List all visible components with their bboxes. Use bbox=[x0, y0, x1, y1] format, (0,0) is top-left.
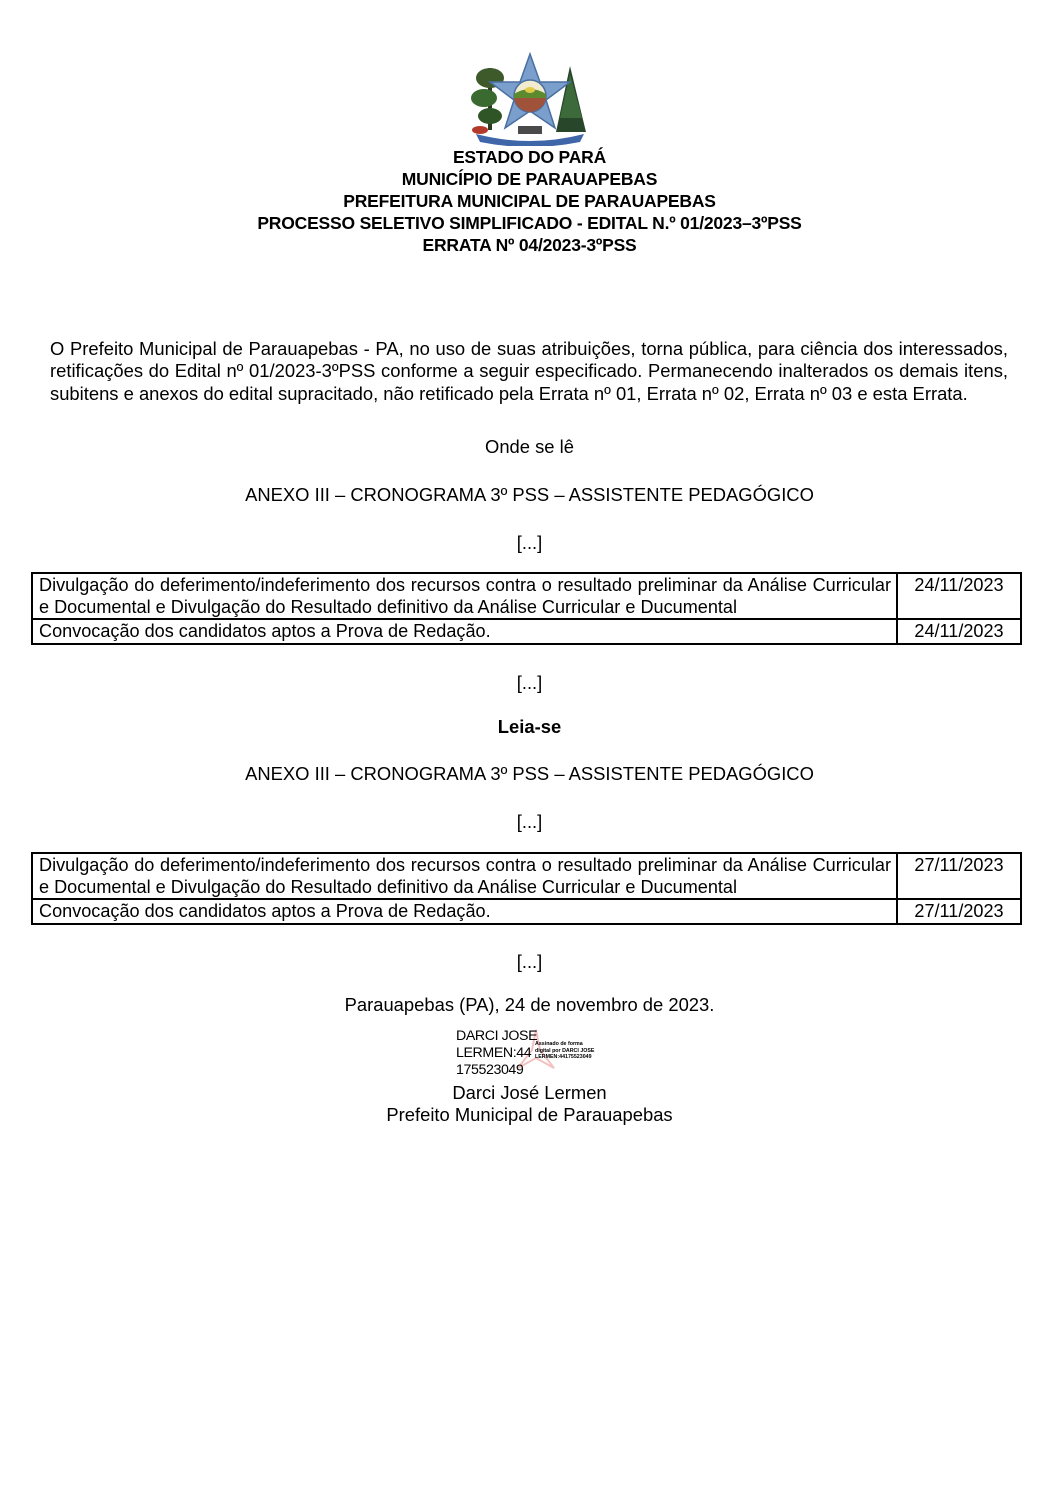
intro-paragraph: O Prefeito Municipal de Parauapebas - PA… bbox=[50, 338, 1008, 405]
ellipsis: [...] bbox=[0, 951, 1059, 973]
ribbon-banner bbox=[476, 134, 584, 146]
section-label-leia-se: Leia-se bbox=[0, 716, 1059, 738]
ellipsis: [...] bbox=[0, 532, 1059, 554]
table-row: Convocação dos candidatos aptos a Prova … bbox=[32, 899, 1021, 924]
annex-title-corrected: ANEXO III – CRONOGRAMA 3º PSS – ASSISTEN… bbox=[0, 763, 1059, 785]
schedule-table-original: Divulgação do deferimento/indeferimento … bbox=[31, 572, 1022, 645]
section-label-onde-se-le: Onde se lê bbox=[0, 436, 1059, 458]
row-description: Convocação dos candidatos aptos a Prova … bbox=[32, 619, 897, 644]
header-errata-number: ERRATA Nº 04/2023-3ºPSS bbox=[0, 235, 1059, 257]
table-row: Convocação dos candidatos aptos a Prova … bbox=[32, 619, 1021, 644]
header-municipality: MUNICÍPIO DE PARAUAPEBAS bbox=[0, 169, 1059, 191]
signature-note: Assinado de forma digital por DARCI JOSE… bbox=[535, 1041, 625, 1061]
row-date: 27/11/2023 bbox=[897, 899, 1021, 924]
ellipsis: [...] bbox=[0, 672, 1059, 694]
header-state: ESTADO DO PARÁ bbox=[0, 147, 1059, 169]
row-description: Divulgação do deferimento/indeferimento … bbox=[32, 853, 897, 899]
annex-title-original: ANEXO III – CRONOGRAMA 3º PSS – ASSISTEN… bbox=[0, 484, 1059, 506]
signer-title: Prefeito Municipal de Parauapebas bbox=[0, 1104, 1059, 1126]
header-process: PROCESSO SELETIVO SIMPLIFICADO - EDITAL … bbox=[0, 213, 1059, 235]
row-date: 27/11/2023 bbox=[897, 853, 1021, 899]
coat-of-arms-logo bbox=[468, 48, 592, 146]
row-description: Divulgação do deferimento/indeferimento … bbox=[32, 573, 897, 619]
row-date: 24/11/2023 bbox=[897, 619, 1021, 644]
header-prefecture: PREFEITURA MUNICIPAL DE PARAUAPEBAS bbox=[0, 191, 1059, 213]
signer-name: Darci José Lermen bbox=[0, 1082, 1059, 1104]
place-and-date: Parauapebas (PA), 24 de novembro de 2023… bbox=[0, 994, 1059, 1016]
table-row: Divulgação do deferimento/indeferimento … bbox=[32, 573, 1021, 619]
row-description: Convocação dos candidatos aptos a Prova … bbox=[32, 899, 897, 924]
schedule-table-corrected: Divulgação do deferimento/indeferimento … bbox=[31, 852, 1022, 925]
row-date: 24/11/2023 bbox=[897, 573, 1021, 619]
tree-right-icon bbox=[556, 66, 586, 132]
table-row: Divulgação do deferimento/indeferimento … bbox=[32, 853, 1021, 899]
ellipsis: [...] bbox=[0, 811, 1059, 833]
tree-left-icon bbox=[471, 68, 504, 134]
signature-name-block: DARCI JOSE LERMEN:44 175523049 bbox=[456, 1028, 537, 1079]
digital-signature-stamp: DARCI JOSE LERMEN:44 175523049 Assinado … bbox=[456, 1028, 636, 1078]
